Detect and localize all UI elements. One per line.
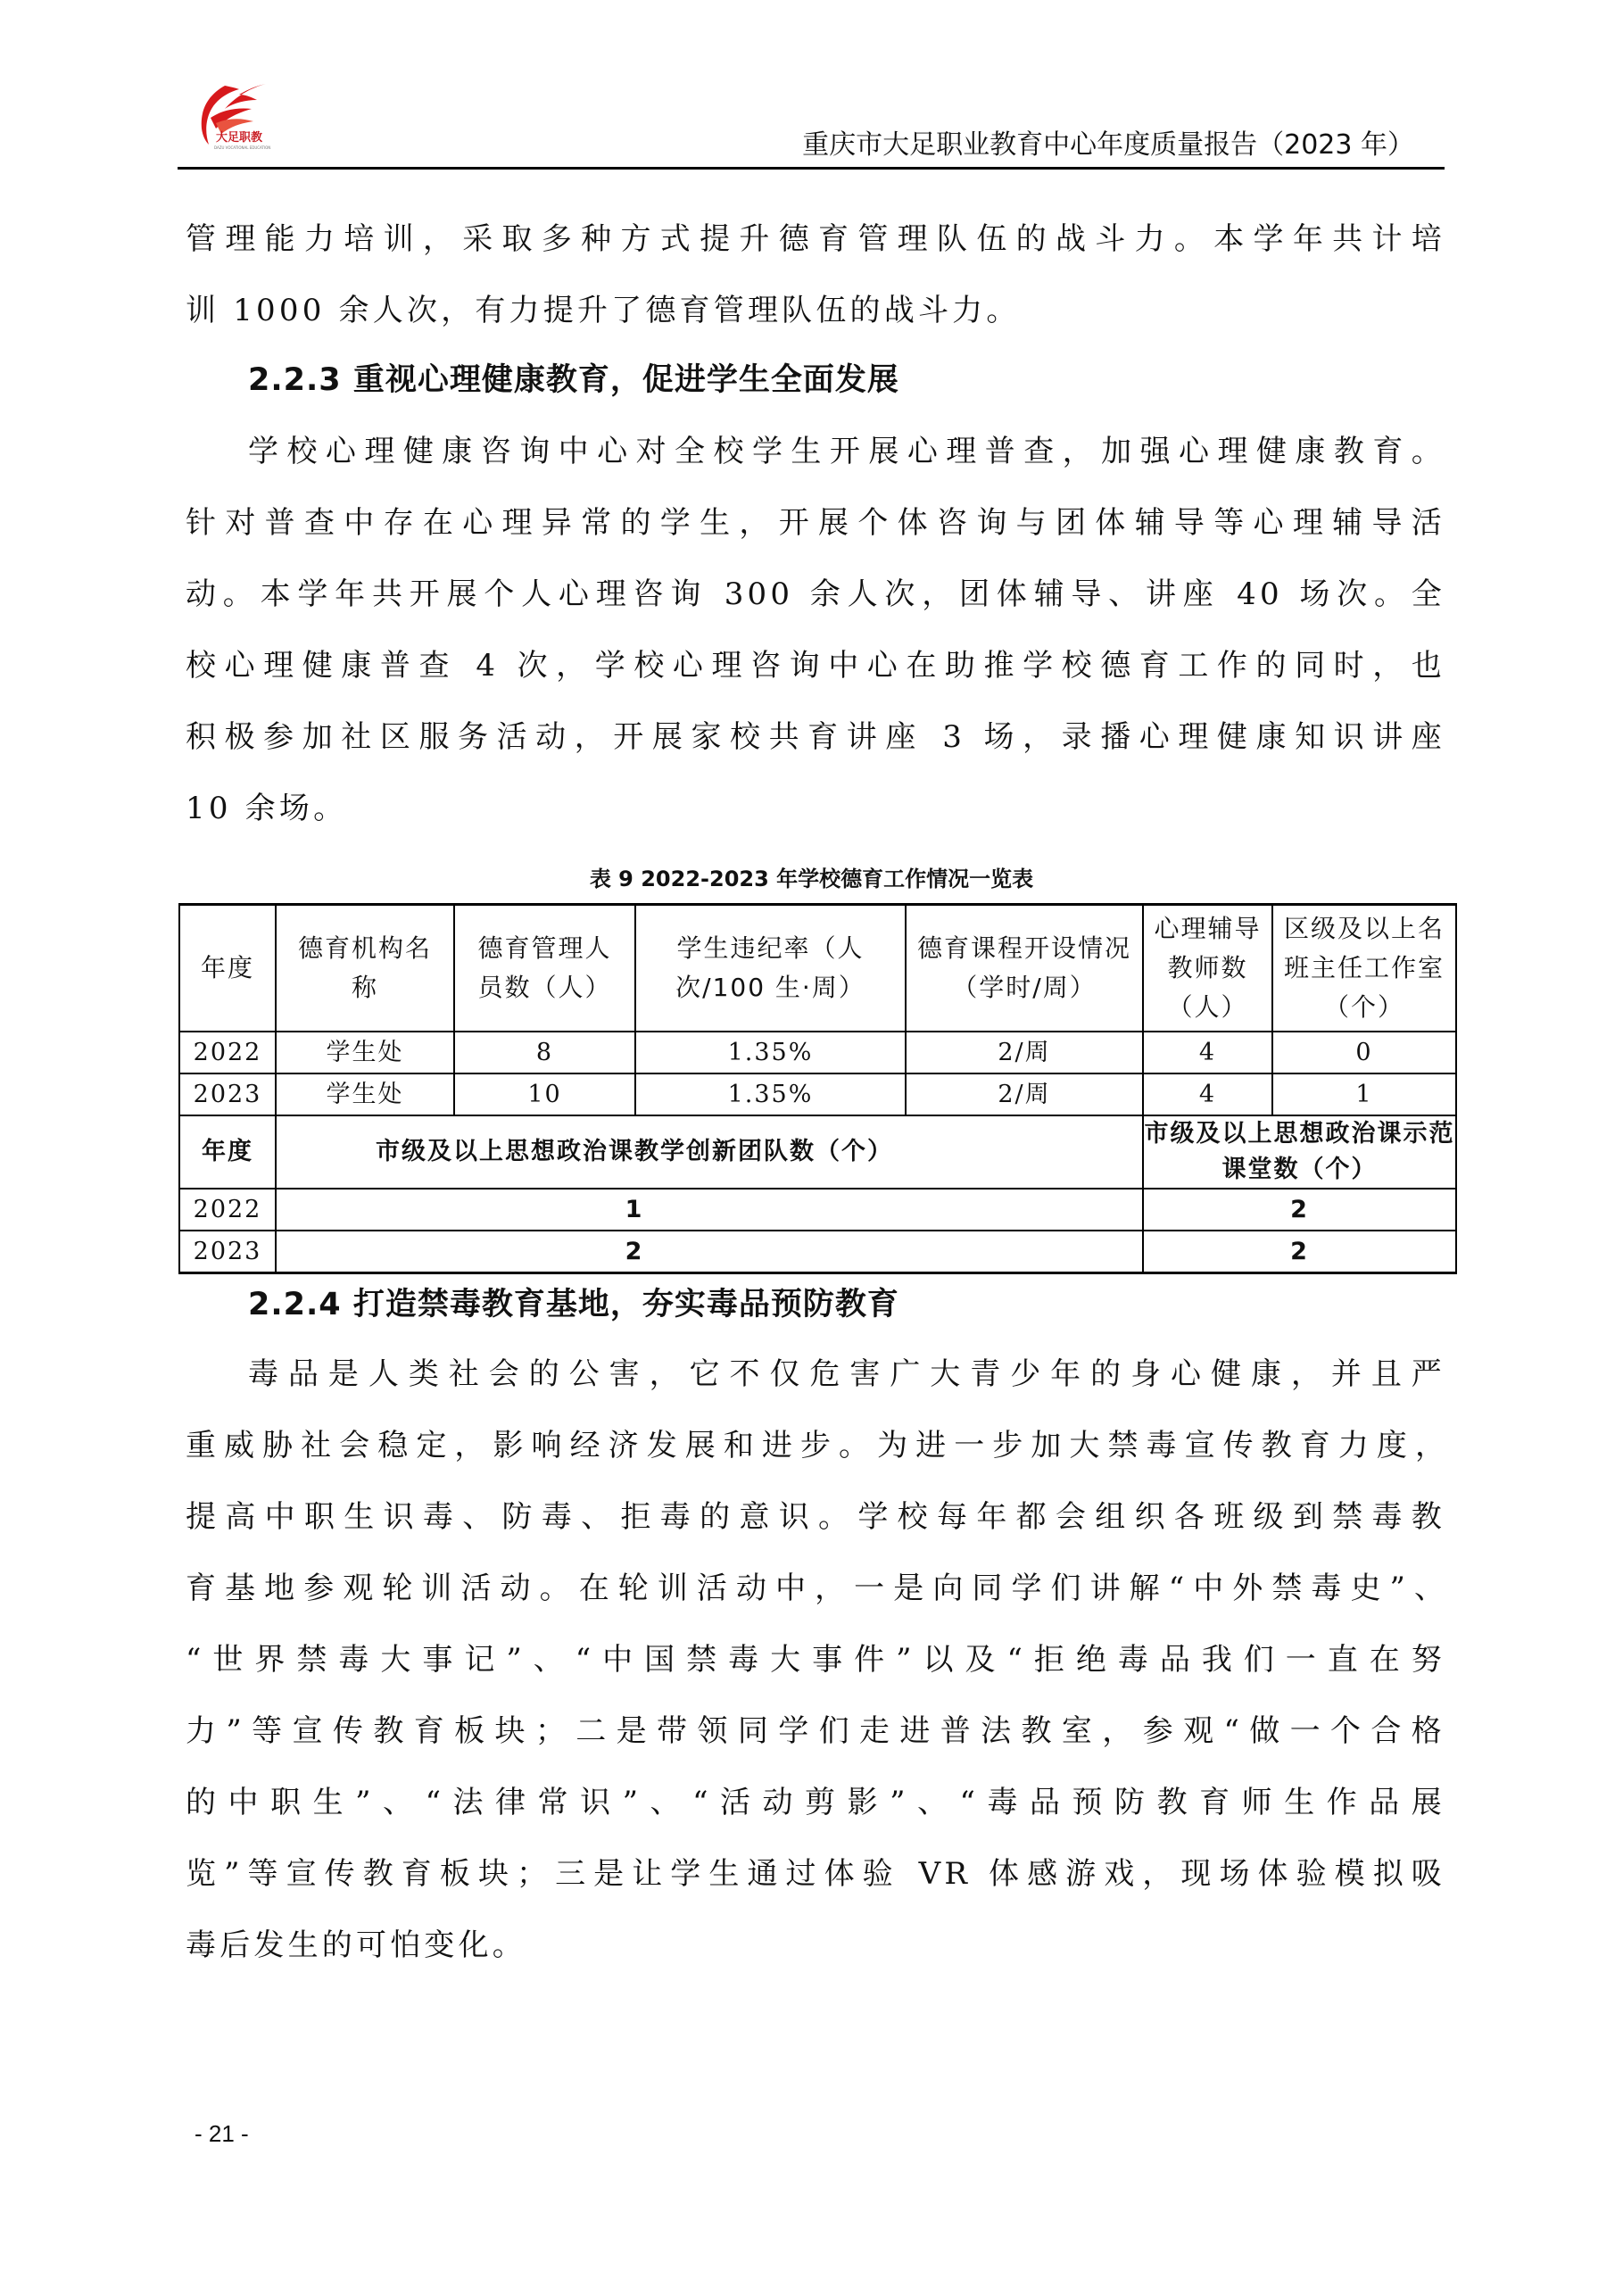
cell-violation-rate: 1.35% [635, 1032, 906, 1073]
paragraph-line: 动。本学年共开展个人心理咨询 300 余人次，团体辅导、讲座 40 场次。全 [186, 559, 1445, 630]
cell-counselors: 4 [1143, 1073, 1272, 1115]
table-row: 2022 1 2 [179, 1189, 1456, 1231]
cell-studios: 1 [1272, 1073, 1456, 1115]
cell-teams: 2 [276, 1231, 1143, 1273]
paragraph-line: 管理能力培训，采取多种方式提升德育管理队伍的战斗力。本学年共计培 [186, 203, 1445, 275]
page-header: 大足职教 DAZU VOCATIONAL EDUCATION 重庆市大足职业教育… [0, 0, 1623, 178]
page-number: - 21 - [195, 2120, 249, 2147]
table-header-row: 年度 德育机构名称 德育管理人员数（人） 学生违纪率（人次/100 生·周） 德… [179, 905, 1456, 1032]
paragraph-line: 重威胁社会稳定，影响经济发展和进步。为进一步加大禁毒宣传教育力度， [186, 1410, 1445, 1481]
table-row: 2023 学生处 10 1.35% 2/周 4 1 [179, 1073, 1456, 1115]
paragraph-line: 毒后发生的可怕变化。 [186, 1910, 1445, 1981]
cell-course: 2/周 [906, 1073, 1143, 1115]
cell-demo-classes: 2 [1143, 1231, 1456, 1273]
paragraph-line: 10 余场。 [186, 773, 1445, 844]
column-header: 德育机构名称 [276, 905, 454, 1032]
column-header: 年度 [179, 1115, 276, 1189]
cell-value: 2 [625, 1238, 644, 1265]
paragraph-line: 训 1000 余人次，有力提升了德育管理队伍的战斗力。 [186, 275, 1445, 346]
moral-education-table: 年度 德育机构名称 德育管理人员数（人） 学生违纪率（人次/100 生·周） 德… [178, 903, 1457, 1274]
cell-value: 1 [625, 1196, 644, 1223]
table-caption: 表 9 2022-2023 年学校德育工作情况一览表 [0, 864, 1623, 894]
table-subheader-row: 年度 市级及以上思想政治课教学创新团队数（个） 市级及以上思想政治课示范课堂数（… [179, 1115, 1456, 1189]
paragraph-line: 积极参加社区服务活动，开展家校共育讲座 3 场，录播心理健康知识讲座 [186, 701, 1445, 773]
paragraph-training: 管理能力培训，采取多种方式提升德育管理队伍的战斗力。本学年共计培 训 1000 … [186, 203, 1445, 346]
cell-year: 2022 [179, 1032, 276, 1073]
paragraph-line: “世界禁毒大事记”、“中国禁毒大事件”以及“拒绝毒品我们一直在努 [186, 1624, 1445, 1695]
column-header-text: 市级及以上思想政治课教学创新团队数（个） [376, 1138, 893, 1165]
paragraph-line: 学校心理健康咨询中心对全校学生开展心理普查，加强心理健康教育。 [186, 416, 1445, 487]
column-header: 学生违纪率（人次/100 生·周） [635, 905, 906, 1032]
cell-staff: 8 [454, 1032, 635, 1073]
logo-icon: 大足职教 DAZU VOCATIONAL EDUCATION [189, 82, 286, 152]
paragraph-anti-drug: 毒品是人类社会的公害，它不仅危害广大青少年的身心健康，并且严 重威胁社会稳定，影… [186, 1339, 1445, 1981]
paragraph-line: 的中职生”、“法律常识”、“活动剪影”、“毒品预防教育师生作品展 [186, 1767, 1445, 1838]
cell-org: 学生处 [276, 1032, 454, 1073]
cell-year: 2023 [179, 1073, 276, 1115]
header-divider [178, 167, 1445, 170]
cell-staff: 10 [454, 1073, 635, 1115]
cell-studios: 0 [1272, 1032, 1456, 1073]
column-header-text: 市级及以上思想政治课示范课堂数（个） [1145, 1120, 1455, 1183]
cell-org: 学生处 [276, 1073, 454, 1115]
column-header: 市级及以上思想政治课示范课堂数（个） [1143, 1115, 1456, 1189]
svg-text:大足职教: 大足职教 [216, 130, 263, 145]
paragraph-line: 览”等宣传教育板块；三是让学生通过体验 VR 体感游戏，现场体验模拟吸 [186, 1838, 1445, 1910]
paragraph-line: 提高中职生识毒、防毒、拒毒的意识。学校每年都会组织各班级到禁毒教 [186, 1481, 1445, 1553]
svg-text:DAZU VOCATIONAL EDUCATION: DAZU VOCATIONAL EDUCATION [214, 145, 270, 150]
section-heading-2-2-4: 2.2.4 打造禁毒教育基地，夯实毒品预防教育 [248, 1278, 899, 1331]
table-row: 2023 2 2 [179, 1231, 1456, 1273]
report-title: 重庆市大足职业教育中心年度质量报告（2023 年） [802, 129, 1414, 162]
column-header: 区级及以上名班主任工作室（个） [1272, 905, 1456, 1032]
cell-demo-classes: 2 [1143, 1189, 1456, 1231]
cell-counselors: 4 [1143, 1032, 1272, 1073]
table-row: 2022 学生处 8 1.35% 2/周 4 0 [179, 1032, 1456, 1073]
section-heading-2-2-3: 2.2.3 重视心理健康教育，促进学生全面发展 [248, 353, 899, 407]
column-header: 年度 [179, 905, 276, 1032]
cell-violation-rate: 1.35% [635, 1073, 906, 1115]
cell-value: 2 [1290, 1238, 1309, 1265]
cell-value: 2 [1290, 1196, 1309, 1223]
paragraph-line: 育基地参观轮训活动。在轮训活动中，一是向同学们讲解“中外禁毒史”、 [186, 1553, 1445, 1624]
cell-teams: 1 [276, 1189, 1143, 1231]
column-header: 心理辅导教师数（人） [1143, 905, 1272, 1032]
paragraph-line: 针对普查中存在心理异常的学生，开展个体咨询与团体辅导等心理辅导活 [186, 487, 1445, 559]
column-header: 德育管理人员数（人） [454, 905, 635, 1032]
column-header: 德育课程开设情况（学时/周） [906, 905, 1143, 1032]
cell-year: 2022 [179, 1189, 276, 1231]
cell-year: 2023 [179, 1231, 276, 1273]
cell-course: 2/周 [906, 1032, 1143, 1073]
paragraph-mental-health: 学校心理健康咨询中心对全校学生开展心理普查，加强心理健康教育。 针对普查中存在心… [186, 416, 1445, 844]
paragraph-line: 毒品是人类社会的公害，它不仅危害广大青少年的身心健康，并且严 [186, 1339, 1445, 1410]
column-header: 市级及以上思想政治课教学创新团队数（个） [276, 1115, 1143, 1189]
paragraph-line: 力”等宣传教育板块；二是带领同学们走进普法教室，参观“做一个合格 [186, 1695, 1445, 1767]
school-logo: 大足职教 DAZU VOCATIONAL EDUCATION [189, 82, 286, 152]
paragraph-line: 校心理健康普查 4 次，学校心理咨询中心在助推学校德育工作的同时，也 [186, 630, 1445, 701]
